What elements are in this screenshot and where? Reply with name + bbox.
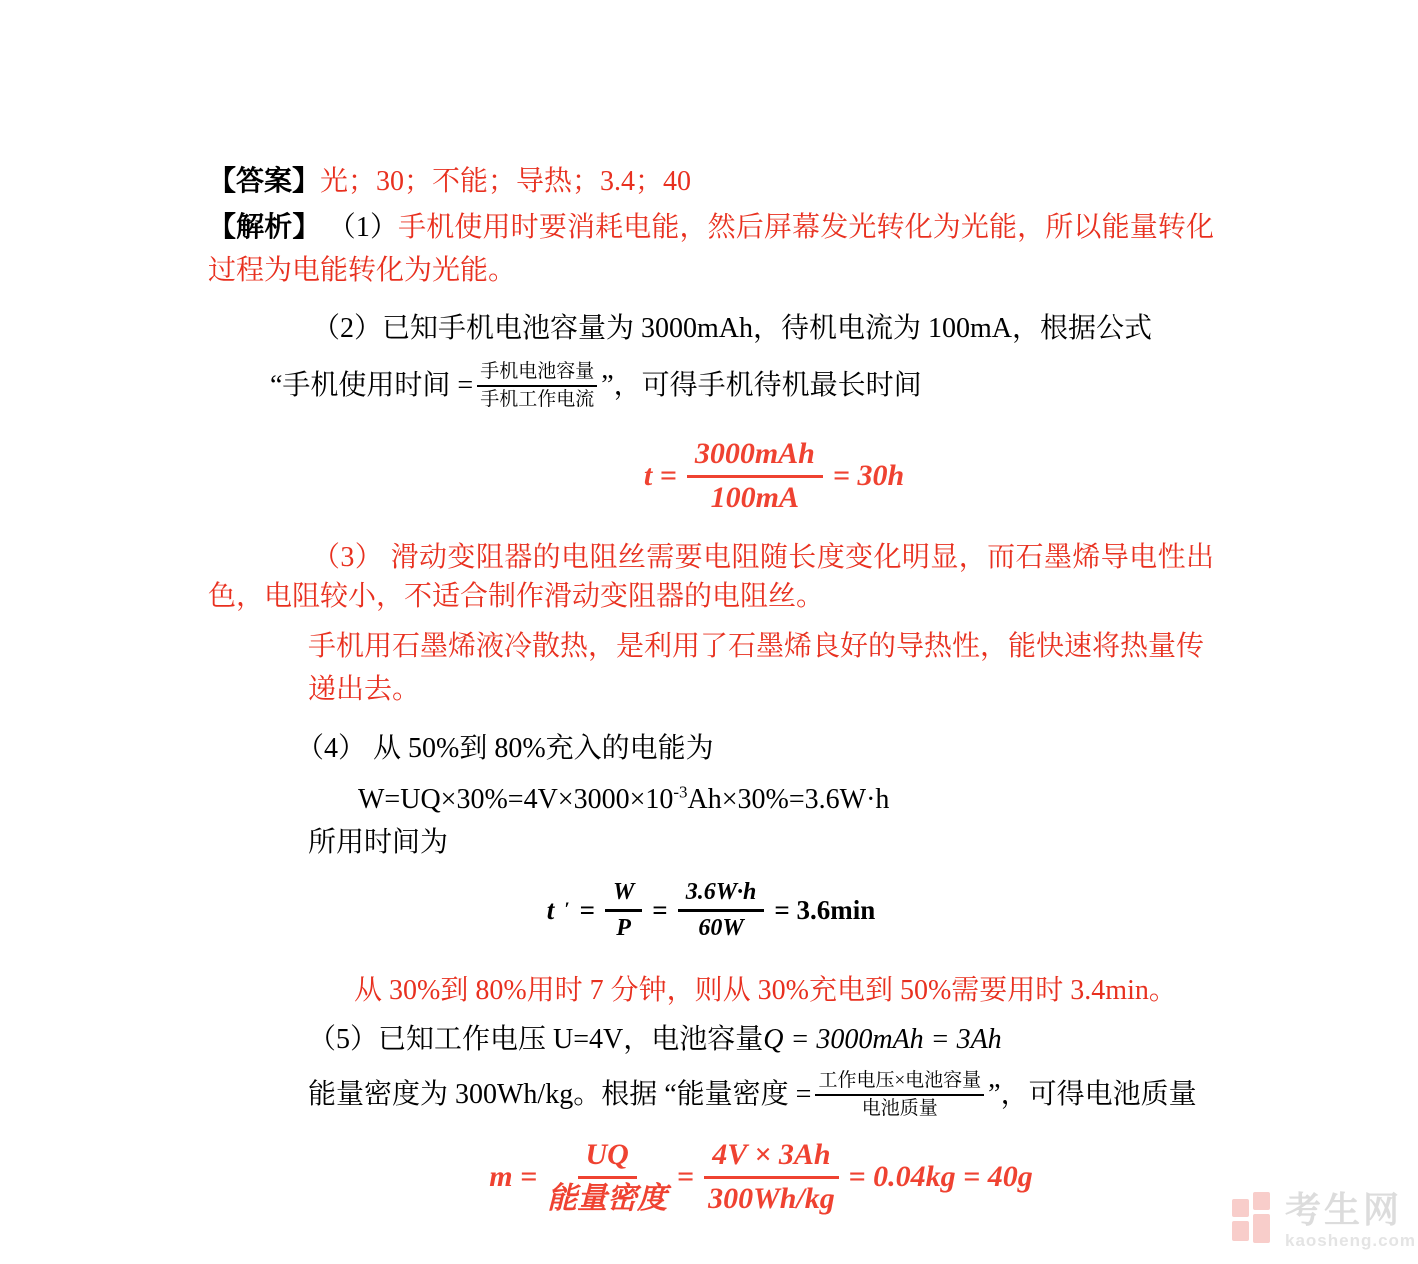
formula-tp-f1-numerator: W (605, 878, 642, 913)
part3-paragraph1: （3） 滑动变阻器的电阻丝需要电阻随长度变化明显，而石墨烯导电性出色，电阻较小，… (208, 538, 1214, 616)
logo-block (1253, 1192, 1270, 1210)
part5-line1-math: Q = 3000mAh = 3Ah (763, 1024, 1001, 1055)
part5-line1-text: （5）已知工作电压 U=4V，电池容量 (308, 1024, 763, 1055)
part5-line2-pre: 能量密度为 300Wh/kg。根据 “能量密度 = (308, 1078, 811, 1112)
part2-inline-fraction: 手机电池容量手机工作电流 (477, 360, 597, 412)
part5-inline-numerator: 工作电压×电池容量 (815, 1069, 984, 1096)
part5-density-line: 能量密度为 300Wh/kg。根据 “能量密度 = 工作电压×电池容量电池质量 … (308, 1069, 1214, 1121)
kaosheng-logo-icon (1232, 1192, 1272, 1244)
formula-tp-eq2: = (652, 894, 667, 926)
answer-line: 【答案】光；30；不能；导热；3.4；40 (208, 160, 1214, 203)
part4-line2: 所用时间为 (308, 821, 1214, 864)
formula-m-f1-denominator: 能量密度 (547, 1179, 667, 1217)
formula-m-fraction2: 4V × 3Ah300Wh/kg (704, 1137, 838, 1217)
part5-line1: （5）已知工作电压 U=4V，电池容量Q = 3000mAh = 3Ah (208, 1018, 1214, 1061)
formula-m-f2-numerator: 4V × 3Ah (704, 1137, 838, 1179)
formula-m-rhs: = 0.04kg = 40g (849, 1159, 1033, 1195)
formula-t-numerator: 3000mAh (687, 436, 823, 478)
formula-tp-lhs: t (547, 894, 555, 926)
w-equation-pre: W=UQ×30%=4V×3000×10 (358, 784, 673, 815)
w-equation-post: Ah×30%=3.6W·h (688, 784, 890, 815)
answer-label: 【答案】 (208, 166, 320, 197)
part5-line2-post: ”，可得电池质量 (988, 1078, 1196, 1112)
formula-t-rhs: = 30h (833, 458, 904, 494)
analysis-label: 【解析】 (208, 212, 321, 243)
watermark-site-domain: kaosheng.com (1285, 1232, 1416, 1249)
charge-time-formula: t′ = WP = 3.6W·h60W = 3.6min (208, 878, 1214, 944)
battery-mass-formula: m = UQ能量密度 = 4V × 3Ah300Wh/kg = 0.04kg =… (208, 1137, 1214, 1217)
formula-m-fraction1: UQ能量密度 (547, 1137, 667, 1217)
watermark-text: 考生网 kaosheng.com (1285, 1192, 1416, 1249)
w-equation-exponent: -3 (673, 782, 687, 801)
answer-value: 光；30；不能；导热；3.4；40 (320, 166, 691, 197)
part3-paragraph2: 手机用石墨烯液冷散热，是利用了石墨烯良好的导热性，能快速将热量传递出去。 (308, 625, 1214, 711)
logo-block (1232, 1221, 1249, 1241)
formula-t-fraction: 3000mAh100mA (687, 436, 823, 516)
part4-line1: （4） 从 50%到 80%充入的电能为 (208, 727, 1214, 770)
solution-document: 【答案】光；30；不能；导热；3.4；40 【解析】 （1）手机使用时要消耗电能… (208, 160, 1214, 1217)
part5-inline-fraction: 工作电压×电池容量电池质量 (815, 1069, 984, 1121)
logo-block (1232, 1199, 1249, 1217)
formula-tp-f1-denominator: P (616, 912, 631, 943)
kaosheng-watermark: 考生网 kaosheng.com (1232, 1192, 1416, 1249)
part5-inline-denominator: 电池质量 (862, 1096, 938, 1121)
analysis-part1-paragraph: 【解析】 （1）手机使用时要消耗电能，然后屏幕发光转化为光能，所以能量转化过程为… (208, 206, 1214, 292)
part2-line1: （2）已知手机电池容量为 3000mAh，待机电流为 100mA，根据公式 (208, 307, 1214, 350)
part3-number: （3） (312, 542, 383, 573)
part2-inline-numerator: 手机电池容量 (477, 360, 597, 387)
formula-m-eq: = (677, 1159, 694, 1195)
formula-m-lhs: m = (489, 1159, 537, 1195)
part1-number: （1） (328, 212, 398, 243)
part2-quote-formula: “手机使用时间 = 手机电池容量手机工作电流 ”，可得手机待机最长时间 (270, 360, 1214, 412)
part2-quote-open: “手机使用时间 = (270, 369, 473, 403)
formula-m-f2-denominator: 300Wh/kg (708, 1179, 835, 1217)
standby-time-formula: t = 3000mAh100mA = 30h (208, 436, 1214, 516)
part2-inline-denominator: 手机工作电流 (480, 387, 594, 412)
formula-tp-fraction2: 3.6W·h60W (678, 878, 765, 944)
formula-tp-rhs: = 3.6min (774, 894, 875, 926)
formula-t-denominator: 100mA (711, 478, 799, 516)
formula-m-f1-numerator: UQ (578, 1137, 637, 1179)
part4-red-note: 从 30%到 80%用时 7 分钟，则从 30%充电到 50%需要用时 3.4m… (354, 969, 1214, 1012)
formula-t-lhs: t = (644, 458, 677, 494)
logo-block (1253, 1214, 1270, 1243)
formula-tp-f2-denominator: 60W (698, 912, 743, 943)
formula-tp-f2-numerator: 3.6W·h (678, 878, 765, 913)
formula-tp-fraction1: WP (605, 878, 642, 944)
part4-energy-equation: W=UQ×30%=4V×3000×10-3Ah×30%=3.6W·h (358, 778, 1214, 821)
formula-tp-eq1: = (580, 894, 595, 926)
part2-quote-close: ”，可得手机待机最长时间 (601, 369, 921, 403)
watermark-site-name: 考生网 (1285, 1192, 1416, 1228)
